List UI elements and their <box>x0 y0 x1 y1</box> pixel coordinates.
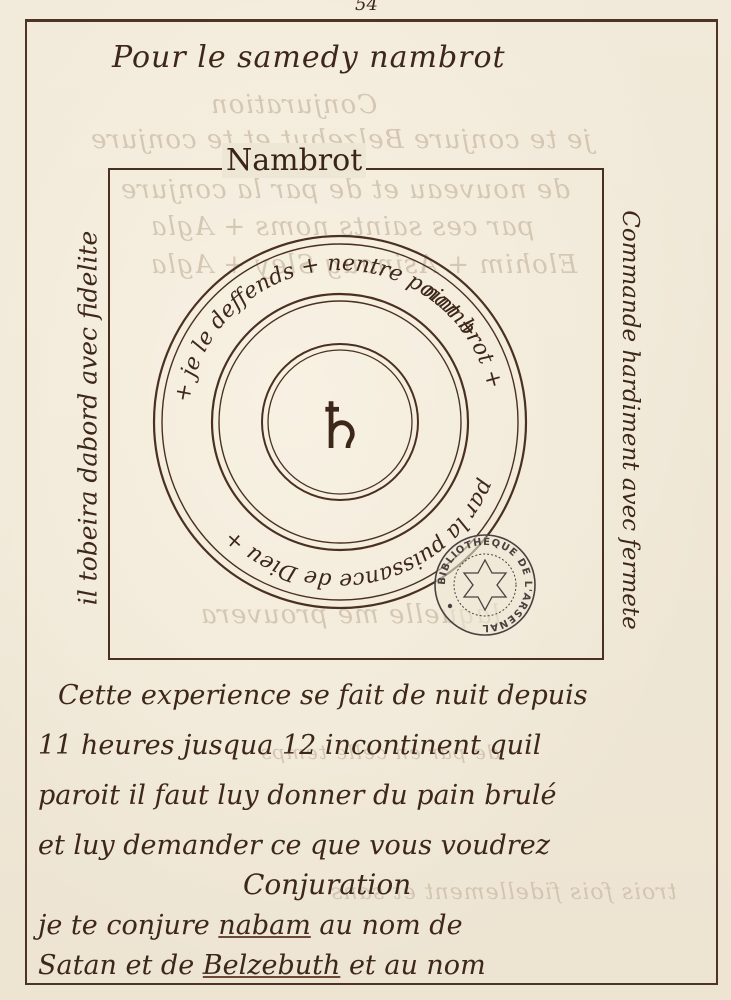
seal-ring-text-right: nambrot + <box>418 278 507 391</box>
conjuration-text: et au nom <box>340 950 485 981</box>
body-line-1: Cette experience se fait de nuit depuis <box>58 680 588 711</box>
name-nabam: nabam <box>218 910 310 941</box>
body-line-4: et luy demander ce que vous voudrez <box>38 830 550 861</box>
body-line-2: 11 heures jusqua 12 incontinent quil <box>38 730 541 761</box>
manuscript-page: Conjuration je te conjure Belzebut et te… <box>0 0 731 1000</box>
library-stamp: BIBLIOTHÈQUE DE L'ARSENAL <box>432 532 538 638</box>
seal-ring-text-top: + je le deffends + nentre point + <box>170 251 483 404</box>
conjuration-heading: Conjuration <box>243 868 411 901</box>
stamp-graphic: BIBLIOTHÈQUE DE L'ARSENAL <box>432 532 538 638</box>
conjuration-line-2: Satan et de Belzebuth et au nom <box>38 950 486 981</box>
conjuration-line-1: je te conjure nabam au nom de <box>38 910 463 941</box>
body-line-3: paroit il faut luy donner du pain brulé <box>38 780 556 811</box>
name-belzebuth: Belzebuth <box>203 950 341 981</box>
conjuration-text: je te conjure <box>38 910 218 941</box>
saturn-glyph-icon: ♄ <box>311 390 368 464</box>
conjuration-text: Satan et de <box>38 950 203 981</box>
conjuration-text: au nom de <box>311 910 463 941</box>
